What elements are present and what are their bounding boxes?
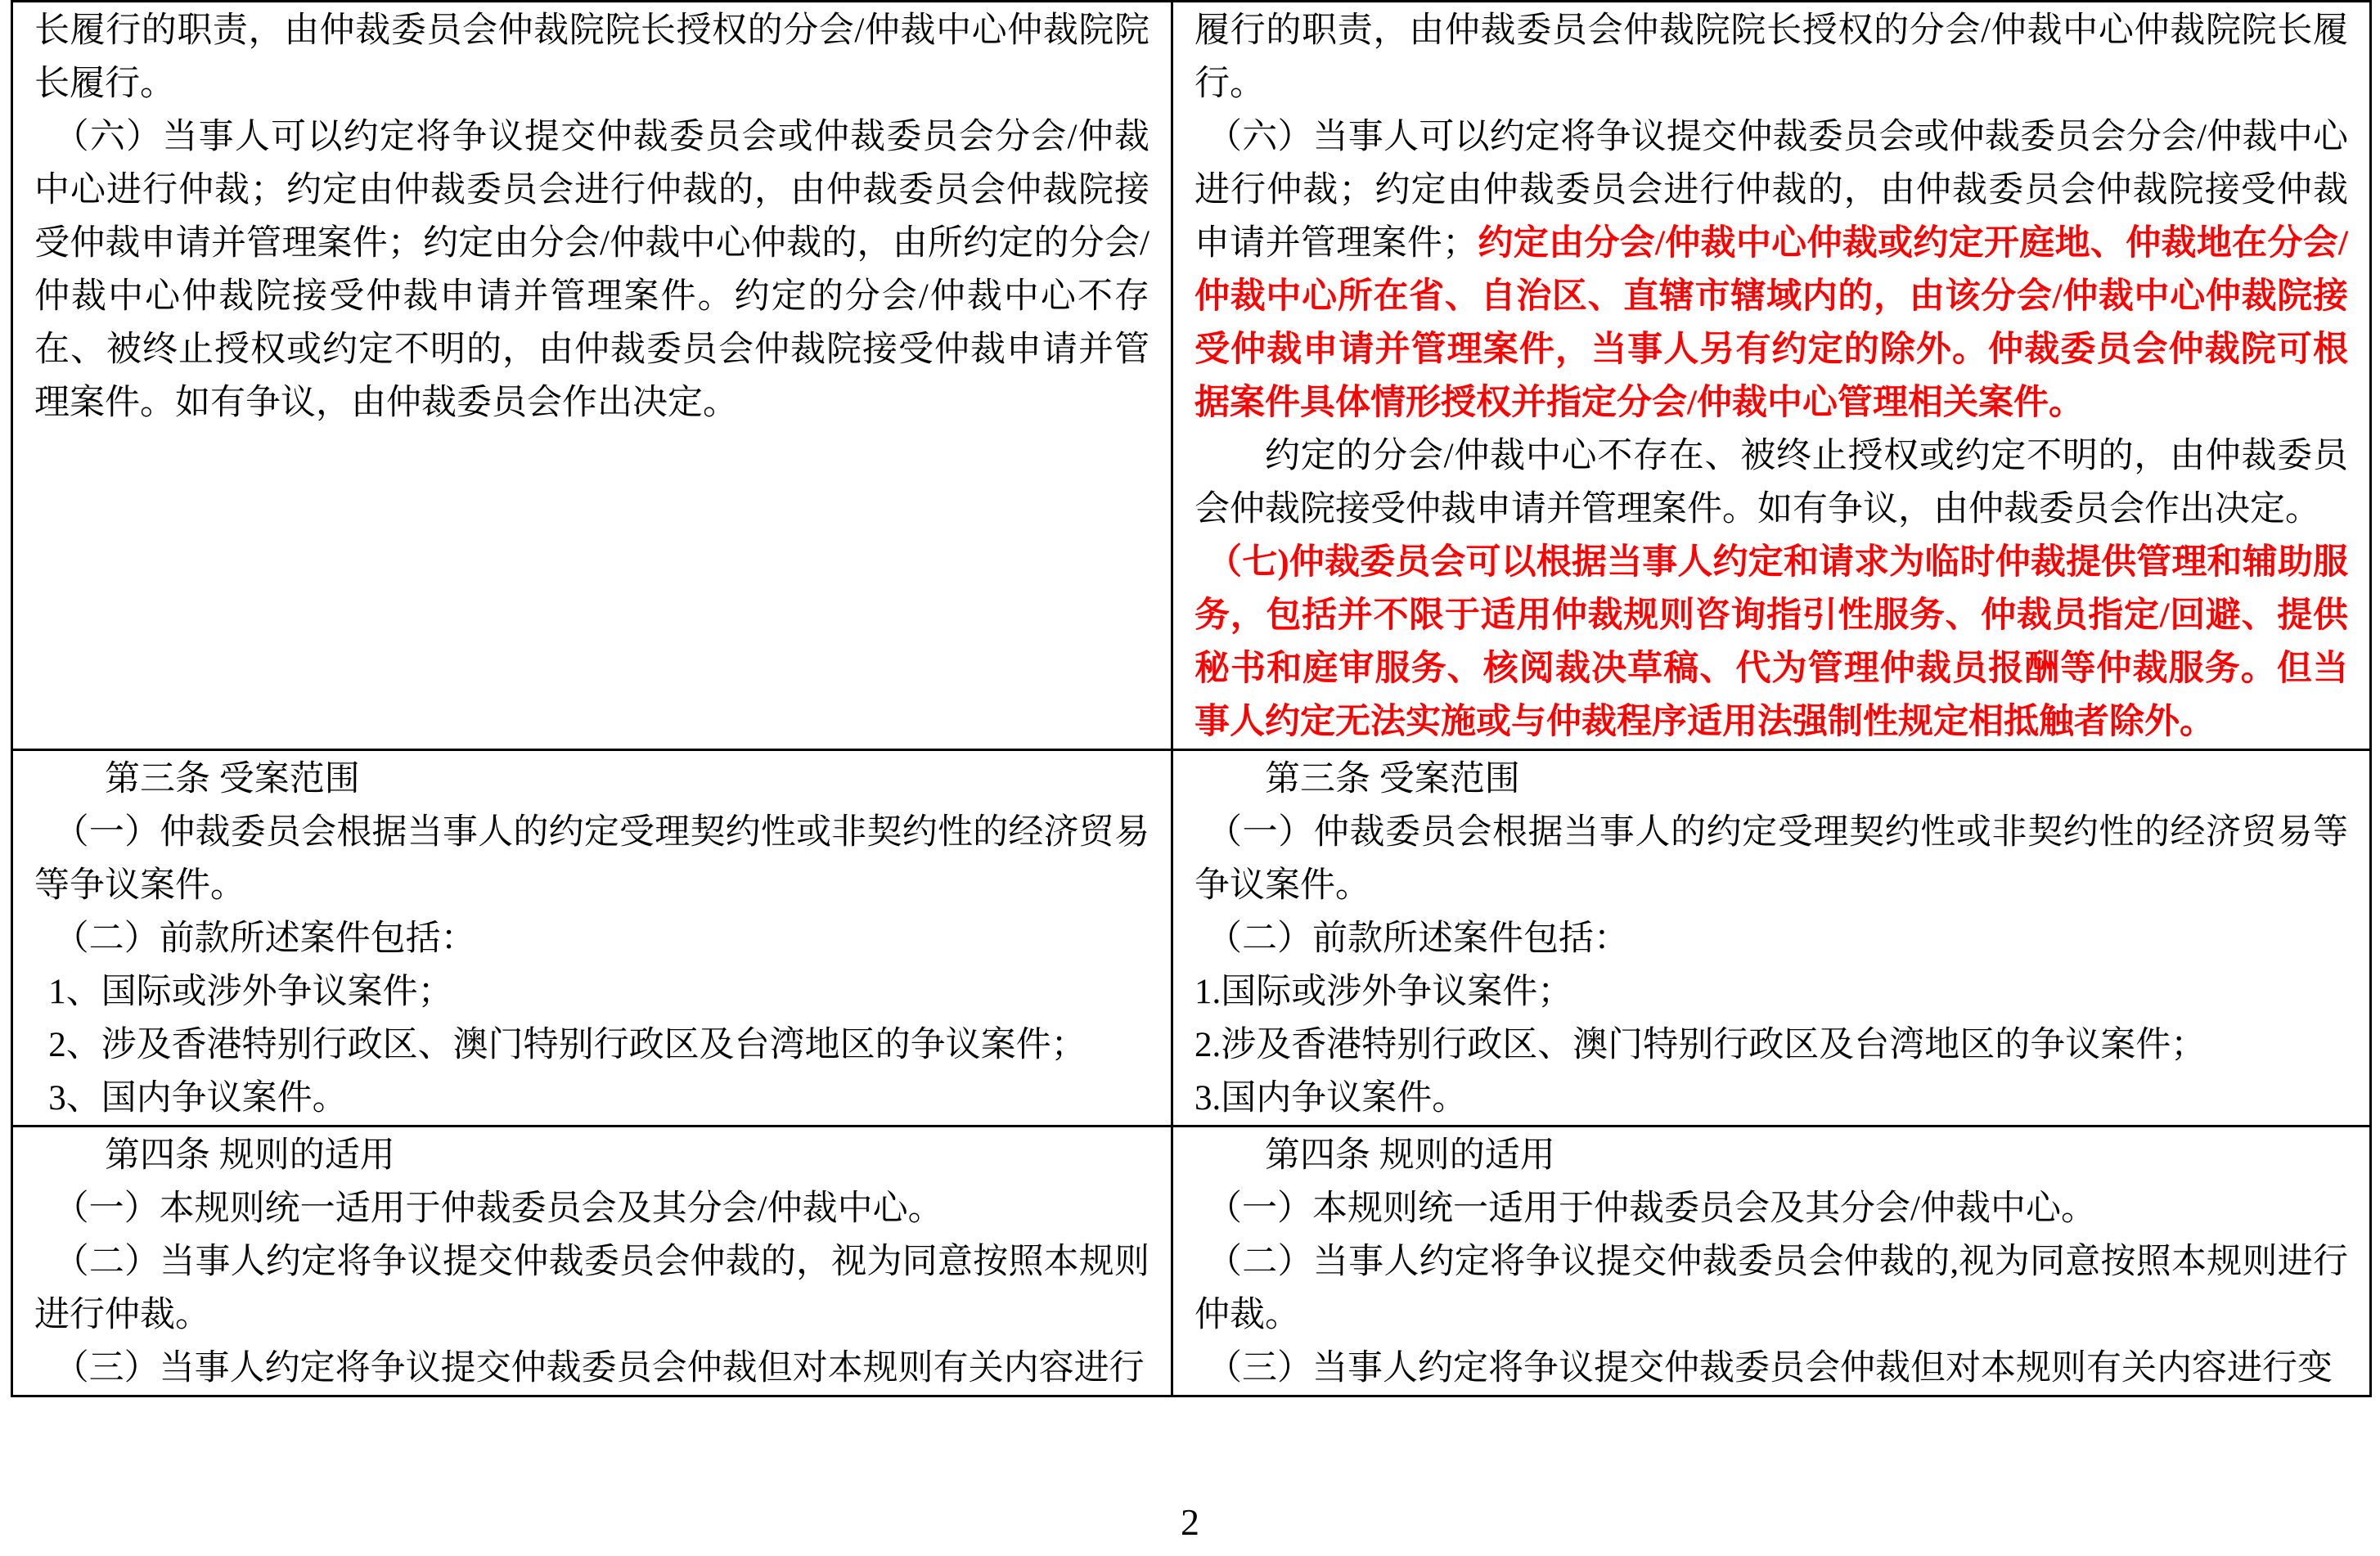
paragraph-item-1: （一）本规则统一适用于仲裁委员会及其分会/仲裁中心。	[34, 1182, 1150, 1235]
page-number: 2	[0, 1502, 2380, 1543]
paragraph-item-2: （二）前款所述案件包括：	[1194, 912, 2348, 965]
new-rules-cell-article-3: 第三条 受案范围 （一）仲裁委员会根据当事人的约定受理契约性或非契约性的经济贸易…	[1172, 750, 2371, 1127]
paragraph-continuation: 长履行的职责，由仲裁委员会仲裁院院长授权的分会/仲裁中心仲裁院院长履行。	[34, 4, 1150, 110]
table-row: 第四条 规则的适用 （一）本规则统一适用于仲裁委员会及其分会/仲裁中心。 （二）…	[12, 1127, 2371, 1396]
document-page: 长履行的职责，由仲裁委员会仲裁院院长授权的分会/仲裁中心仲裁院院长履行。 （六）…	[0, 0, 2380, 1556]
list-item: 3.国内争议案件。	[1194, 1072, 2348, 1125]
paragraph-item-6: （六）当事人可以约定将争议提交仲裁委员会或仲裁委员会分会/仲裁中心进行仲裁；约定…	[34, 110, 1150, 429]
paragraph-continuation: 履行的职责，由仲裁委员会仲裁院院长授权的分会/仲裁中心仲裁院院长履行。	[1194, 4, 2348, 110]
article-3-heading: 第三条 受案范围	[1194, 753, 2348, 806]
new-rules-cell-article-4: 第四条 规则的适用 （一）本规则统一适用于仲裁委员会及其分会/仲裁中心。 （二）…	[1172, 1127, 2371, 1396]
new-rules-cell-article-2: 履行的职责，由仲裁委员会仲裁院院长授权的分会/仲裁中心仲裁院院长履行。 （六）当…	[1172, 2, 2371, 750]
paragraph-item-1: （一）仲裁委员会根据当事人的约定受理契约性或非契约性的经济贸易等争议案件。	[1194, 806, 2348, 912]
table-row: 第三条 受案范围 （一）仲裁委员会根据当事人的约定受理契约性或非契约性的经济贸易…	[12, 750, 2371, 1127]
paragraph-item-7-added-text: （七)仲裁委员会可以根据当事人约定和请求为临时仲裁提供管理和辅助服务，包括并不限…	[1194, 536, 2348, 749]
article-4-heading: 第四条 规则的适用	[34, 1129, 1150, 1182]
paragraph-item-3: （三）当事人约定将争议提交仲裁委员会仲裁但对本规则有关内容进行	[34, 1342, 1150, 1395]
old-rules-cell-article-3: 第三条 受案范围 （一）仲裁委员会根据当事人的约定受理契约性或非契约性的经济贸易…	[12, 750, 1172, 1127]
paragraph-item-2: （二）前款所述案件包括：	[34, 912, 1150, 965]
paragraph-item-2: （二）当事人约定将争议提交仲裁委员会仲裁的，视为同意按照本规则进行仲裁。	[34, 1235, 1150, 1342]
old-rules-cell-article-2: 长履行的职责，由仲裁委员会仲裁院院长授权的分会/仲裁中心仲裁院院长履行。 （六）…	[12, 2, 1172, 750]
list-item: 1.国际或涉外争议案件；	[1194, 965, 2348, 1019]
list-item: 2、涉及香港特别行政区、澳门特别行政区及台湾地区的争议案件；	[34, 1019, 1150, 1072]
paragraph-item-1: （一）仲裁委员会根据当事人的约定受理契约性或非契约性的经济贸易等争议案件。	[34, 806, 1150, 912]
paragraph-item-2: （二）当事人约定将争议提交仲裁委员会仲裁的,视为同意按照本规则进行仲裁。	[1194, 1235, 2348, 1342]
paragraph-fallback-rule: 约定的分会/仲裁中心不存在、被终止授权或约定不明的，由仲裁委员会仲裁院接受仲裁申…	[1194, 429, 2348, 536]
paragraph-item-6: （六）当事人可以约定将争议提交仲裁委员会或仲裁委员会分会/仲裁中心进行仲裁；约定…	[1194, 110, 2348, 429]
rules-comparison-table: 长履行的职责，由仲裁委员会仲裁院院长授权的分会/仲裁中心仲裁院院长履行。 （六）…	[11, 0, 2372, 1397]
old-rules-cell-article-4: 第四条 规则的适用 （一）本规则统一适用于仲裁委员会及其分会/仲裁中心。 （二）…	[12, 1127, 1172, 1396]
list-item: 1、国际或涉外争议案件；	[34, 965, 1150, 1019]
list-item: 3、国内争议案件。	[34, 1072, 1150, 1125]
paragraph-item-3: （三）当事人约定将争议提交仲裁委员会仲裁但对本规则有关内容进行变	[1194, 1342, 2348, 1395]
list-item: 2.涉及香港特别行政区、澳门特别行政区及台湾地区的争议案件；	[1194, 1019, 2348, 1072]
article-3-heading: 第三条 受案范围	[34, 753, 1150, 806]
table-row: 长履行的职责，由仲裁委员会仲裁院院长授权的分会/仲裁中心仲裁院院长履行。 （六）…	[12, 2, 2371, 750]
paragraph-item-1: （一）本规则统一适用于仲裁委员会及其分会/仲裁中心。	[1194, 1182, 2348, 1235]
article-4-heading: 第四条 规则的适用	[1194, 1129, 2348, 1182]
